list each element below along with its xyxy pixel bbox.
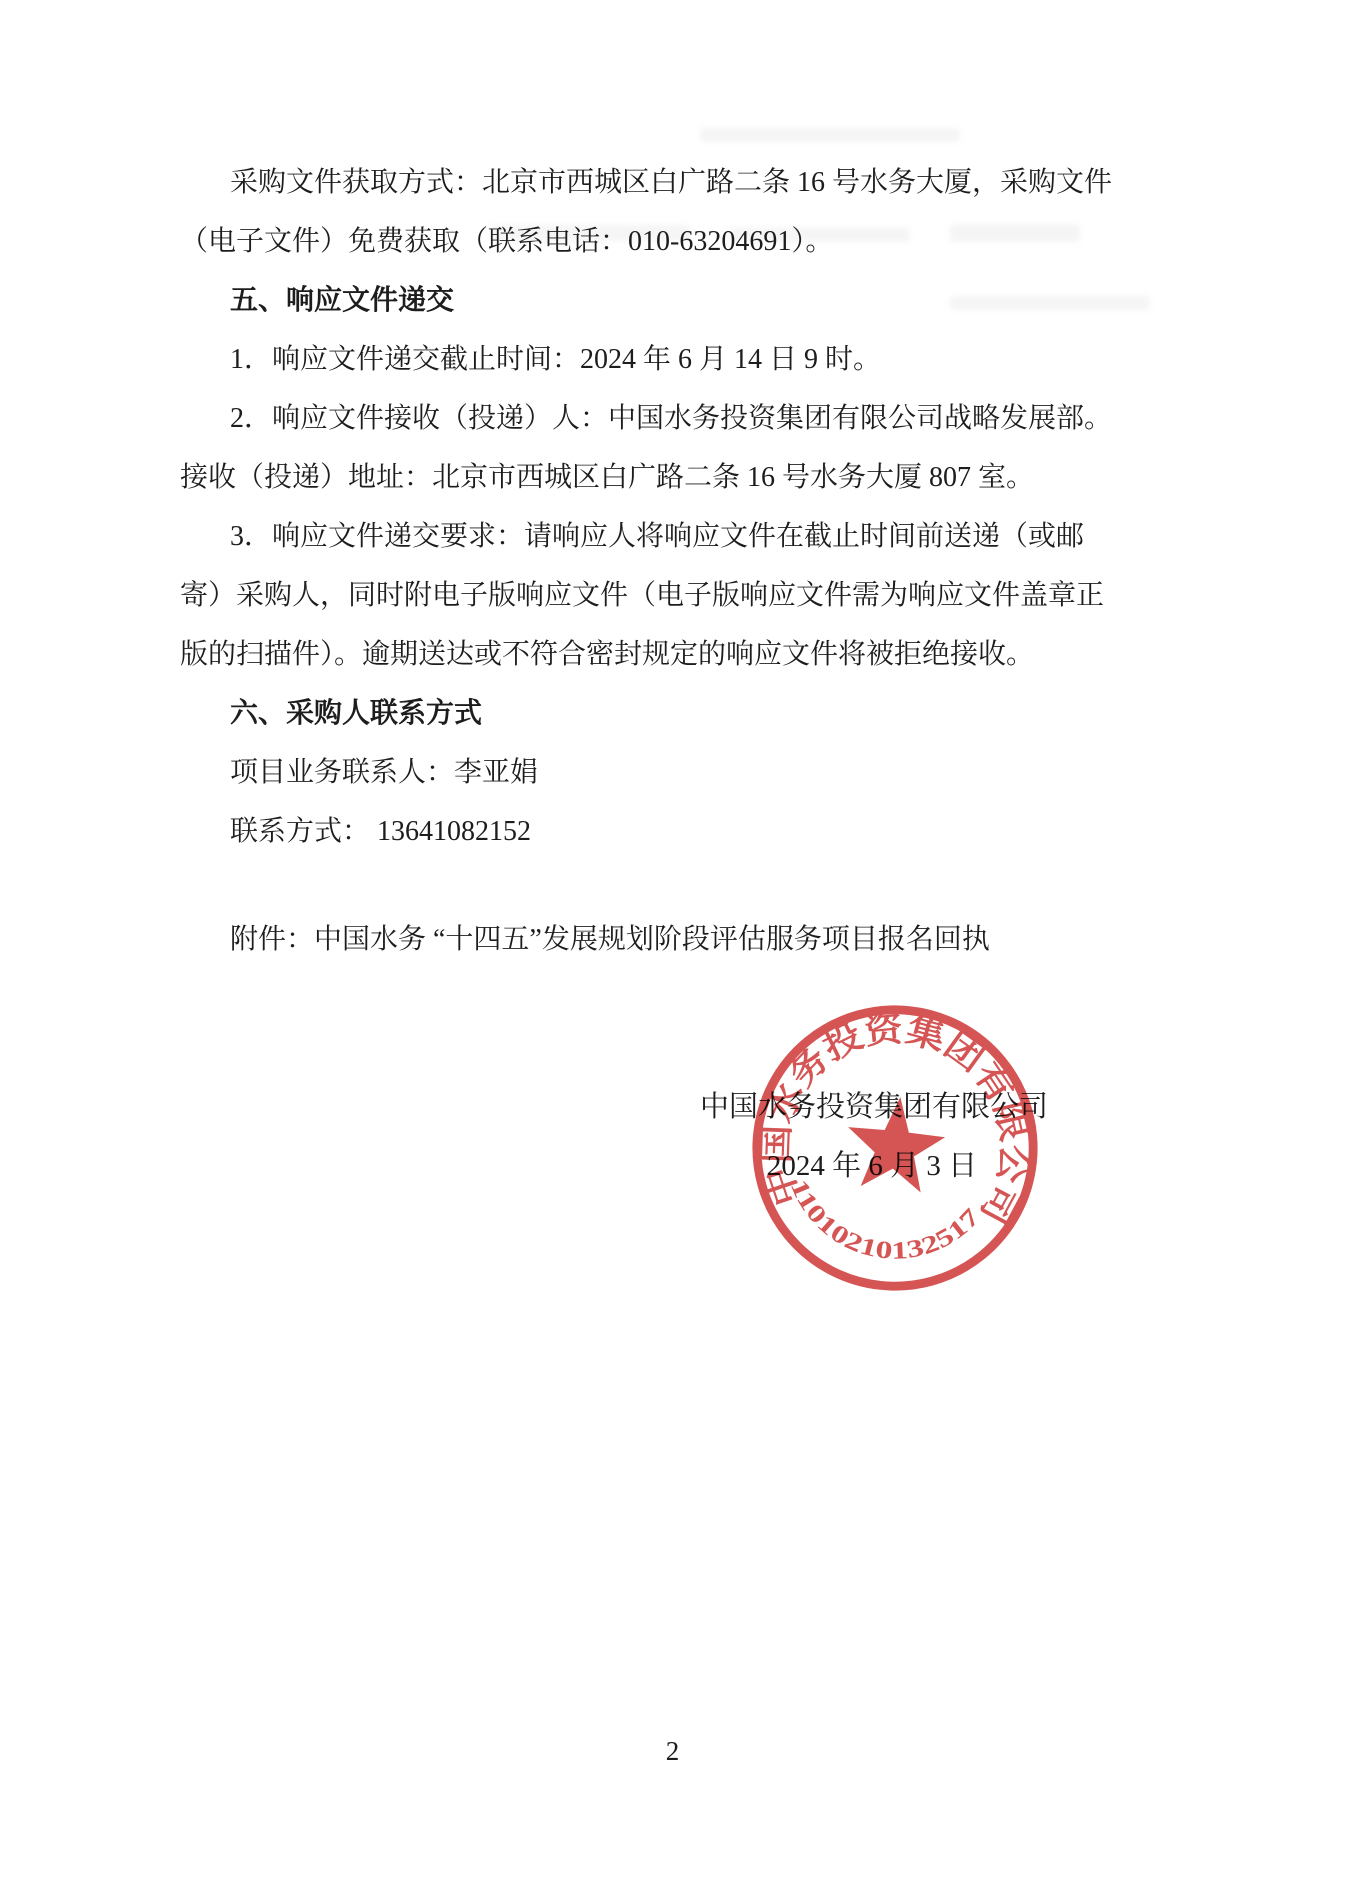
text-line: 接收（投递）地址：北京市西城区白广路二条 16 号水务大厦 807 室。 [180, 448, 1175, 507]
text-line: （电子文件）免费获取（联系电话：010-63204691）。 [180, 212, 1175, 271]
text-line: 联系方式： 13641082152 [180, 802, 1175, 861]
text-line: 寄）采购人，同时附电子版响应文件（电子版响应文件需为响应文件盖章正 [180, 566, 1175, 625]
blank-line [180, 861, 1175, 910]
text-line: 2．响应文件接收（投递）人：中国水务投资集团有限公司战略发展部。 [180, 389, 1175, 448]
text-line: 版的扫描件）。逾期送达或不符合密封规定的响应文件将被拒绝接收。 [180, 625, 1175, 684]
signature-date: 2024 年 6 月 3 日 [700, 1137, 1044, 1196]
text-line: 采购文件获取方式：北京市西城区白广路二条 16 号水务大厦，采购文件 [180, 153, 1175, 212]
signature-company: 中国水务投资集团有限公司 [700, 1078, 1044, 1137]
section-heading: 六、采购人联系方式 [180, 684, 1175, 743]
page-number: 2 [0, 1736, 1345, 1767]
document-page: 采购文件获取方式：北京市西城区白广路二条 16 号水务大厦，采购文件（电子文件）… [0, 0, 1345, 1903]
scan-artifact [700, 128, 960, 142]
text-line: 3．响应文件递交要求：请响应人将响应文件在截止时间前送递（或邮 [180, 507, 1175, 566]
text-line: 项目业务联系人：李亚娟 [180, 743, 1175, 802]
document-body: 采购文件获取方式：北京市西城区白广路二条 16 号水务大厦，采购文件（电子文件）… [180, 153, 1175, 969]
text-line: 1．响应文件递交截止时间：2024 年 6 月 14 日 9 时。 [180, 330, 1175, 389]
section-heading: 五、响应文件递交 [180, 271, 1175, 330]
signature-block: 中国水务投资集团有限公司 2024 年 6 月 3 日 [700, 1078, 1044, 1196]
text-line: 附件：中国水务 “十四五”发展规划阶段评估服务项目报名回执 [180, 910, 1175, 969]
